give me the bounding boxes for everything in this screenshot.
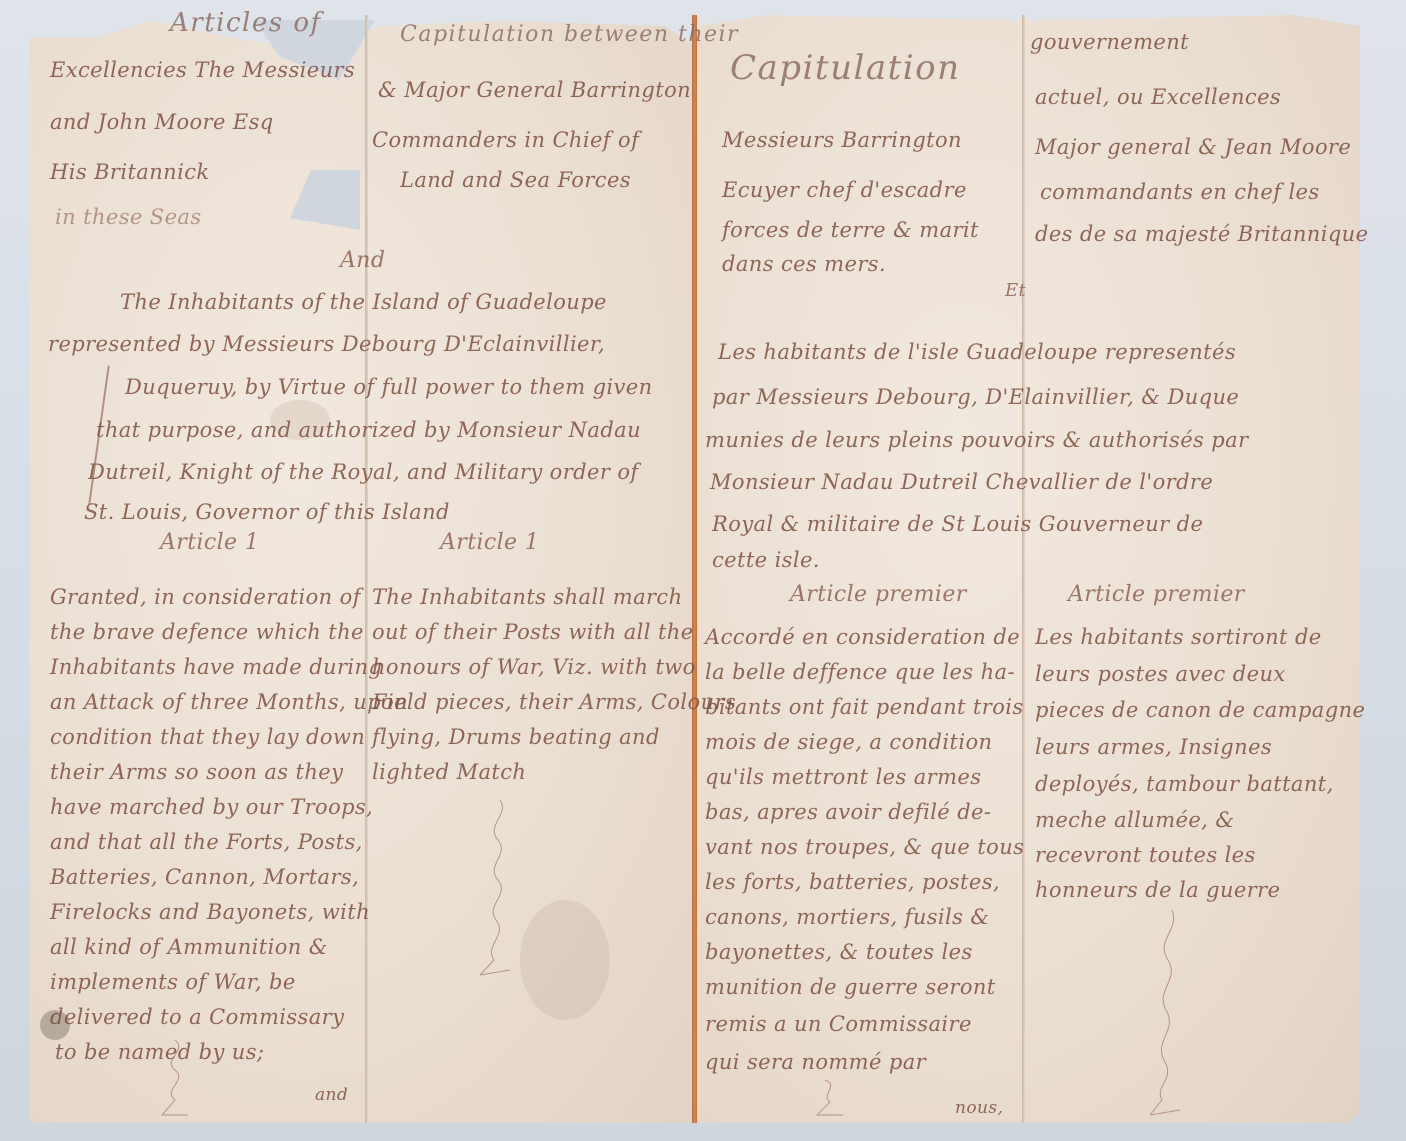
text-line: Inhabitants have made during <box>50 655 382 679</box>
text-line: Accordé en consideration de <box>705 625 1020 649</box>
text-line: bitants ont fait pendant trois <box>705 695 1024 719</box>
text-line: Ecuyer chef d'escadre <box>722 178 967 202</box>
text-line: munies de leurs pleins pouvoirs & author… <box>705 428 1249 452</box>
text-line: Commanders in Chief of <box>372 128 639 152</box>
text-line: deployés, tambour battant, <box>1035 772 1334 796</box>
flourish-mark <box>1150 910 1180 1120</box>
text-line: represented by Messieurs Debourg D'Eclai… <box>48 332 605 356</box>
text-line: la belle deffence que les ha- <box>705 660 1015 684</box>
text-line: delivered to a Commissary <box>50 1005 344 1029</box>
flourish-mark <box>815 1080 845 1125</box>
article-heading: Article 1 <box>440 530 539 555</box>
et-label: Et <box>1005 280 1026 301</box>
text-line: Land and Sea Forces <box>400 168 631 192</box>
fold-line <box>365 15 368 1123</box>
text-line: remis a un Commissaire <box>705 1012 972 1036</box>
text-line: bas, apres avoir defilé de- <box>705 800 991 824</box>
text-line: actuel, ou Excellences <box>1035 85 1281 109</box>
text-line: cette isle. <box>712 548 820 572</box>
text-line: The Inhabitants shall march <box>372 585 683 609</box>
text-line: honneurs de la guerre <box>1035 878 1280 902</box>
text-line: forces de terre & marit <box>722 218 979 242</box>
text-line: Les habitants sortiront de <box>1035 625 1322 649</box>
text-line: The Inhabitants of the Island of Guadelo… <box>120 290 607 314</box>
text-line: Major general & Jean Moore <box>1035 135 1351 159</box>
article-heading: Article 1 <box>160 530 259 555</box>
text-line: qu'ils mettront les armes <box>705 765 981 789</box>
text-line: qui sera nommé par <box>705 1050 926 1074</box>
text-line: pieces de canon de campagne <box>1035 698 1365 722</box>
text-line: Excellencies The Messieurs <box>50 58 355 82</box>
english-title-fragment: Articles of <box>170 8 322 38</box>
article-heading: Article premier <box>790 582 967 607</box>
text-line: Batteries, Cannon, Mortars, <box>50 865 359 889</box>
text-line: Royal & militaire de St Louis Gouverneur… <box>712 512 1203 536</box>
flourish-mark <box>160 1040 190 1120</box>
text-line: mois de siege, a condition <box>705 730 992 754</box>
text-line: their Arms so soon as they <box>50 760 343 784</box>
text-line: an Attack of three Months, upon <box>50 690 408 714</box>
catchword: nous, <box>955 1098 1003 1118</box>
and-label: And <box>340 248 385 273</box>
text-line: leurs armes, Insignes <box>1035 735 1272 759</box>
text-line: par Messieurs Debourg, D'Elainvillier, &… <box>712 385 1239 409</box>
text-line: lighted Match <box>372 760 526 784</box>
text-line: Les habitants de l'isle Guadeloupe repre… <box>718 340 1236 364</box>
text-line: condition that they lay down <box>50 725 365 749</box>
text-line: His Britannick <box>50 160 209 184</box>
text-line: bayonettes, & toutes les <box>705 940 973 964</box>
text-line: leurs postes avec deux <box>1035 662 1286 686</box>
text-line: in these Seas <box>55 205 202 229</box>
english-title-fragment-right: Capitulation between their <box>400 22 739 47</box>
text-line: Messieurs Barrington <box>722 128 962 152</box>
text-line: meche allumée, & <box>1035 808 1234 832</box>
text-line: les forts, batteries, postes, <box>705 870 1000 894</box>
text-line: have marched by our Troops, <box>50 795 373 819</box>
flourish-mark <box>480 800 510 980</box>
fold-line <box>1022 15 1025 1123</box>
text-line: and that all the Forts, Posts, <box>50 830 363 854</box>
text-line: and John Moore Esq <box>50 110 274 134</box>
text-line: munition de guerre seront <box>705 975 996 999</box>
text-line: dans ces mers. <box>722 252 886 276</box>
text-line: out of their Posts with all the <box>372 620 694 644</box>
text-line: St. Louis, Governor of this Island <box>84 500 450 524</box>
text-line: Granted, in consideration of <box>50 585 361 609</box>
text-line: Dutreil, Knight of the Royal, and Milita… <box>88 460 639 484</box>
text-line: the brave defence which the <box>50 620 364 644</box>
text-line: implements of War, be <box>50 970 296 994</box>
text-line: Monsieur Nadau Dutreil Chevallier de l'o… <box>710 470 1213 494</box>
article-heading: Article premier <box>1068 582 1245 607</box>
text-line: honours of War, Viz. with two <box>372 655 696 679</box>
text-line: recevront toutes les <box>1035 843 1256 867</box>
text-line: Duqueruy, by Virtue of full power to the… <box>125 375 653 399</box>
french-title: Capitulation <box>730 48 961 88</box>
binding-ribbon <box>692 15 697 1123</box>
text-line: that purpose, and authorized by Monsieur… <box>96 418 641 442</box>
text-line: Field pieces, their Arms, Colours <box>372 690 736 714</box>
text-line: des de sa majesté Britannique <box>1035 222 1368 246</box>
text-line: flying, Drums beating and <box>372 725 660 749</box>
text-line: canons, mortiers, fusils & <box>705 905 990 929</box>
french-title-fragment: gouvernement <box>1030 30 1189 54</box>
text-line: & Major General Barrington <box>378 78 691 102</box>
text-line: all kind of Ammunition & <box>50 935 328 959</box>
text-line: Firelocks and Bayonets, with <box>50 900 370 924</box>
text-line: commandants en chef les <box>1040 180 1320 204</box>
stain <box>520 900 610 1020</box>
catchword: and <box>315 1085 348 1105</box>
text-line: vant nos troupes, & que tous <box>705 835 1024 859</box>
